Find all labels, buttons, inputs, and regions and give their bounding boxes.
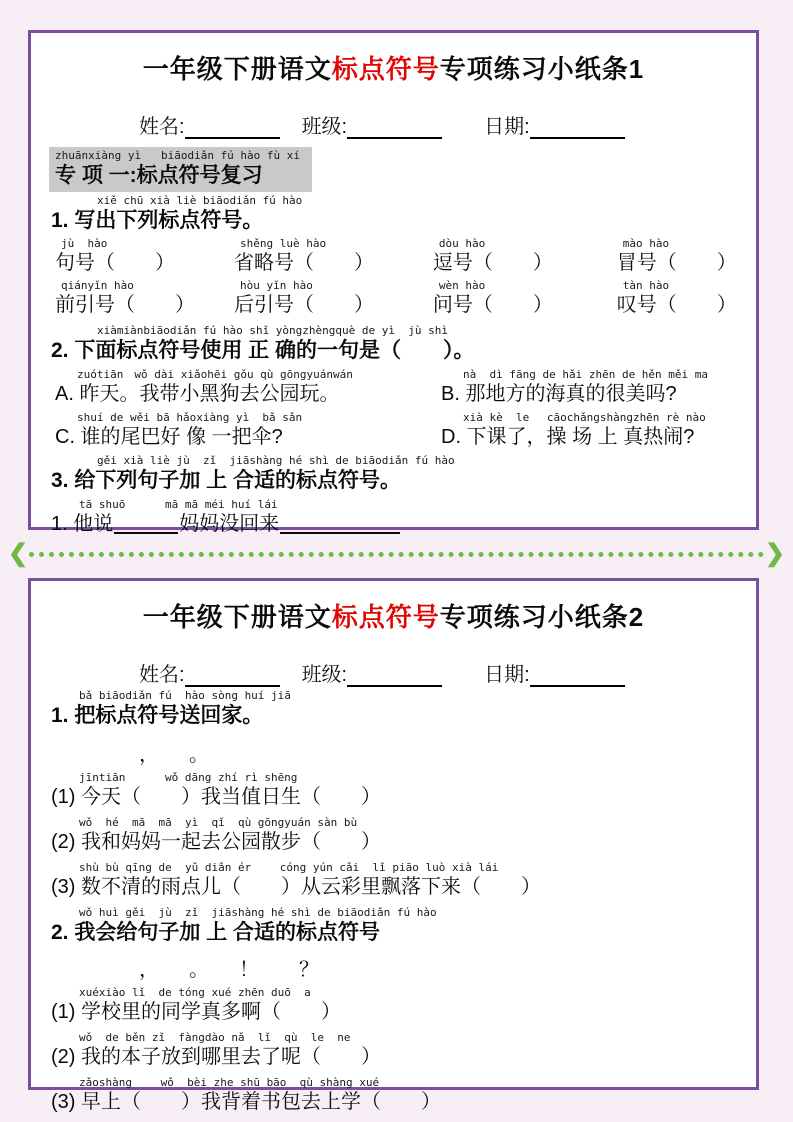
option-b: nà dì fāng de hǎi zhēn de hěn měi ma B. …: [441, 368, 756, 407]
sentence-text: (2) 我和妈妈一起去公园散步（ ）: [51, 829, 756, 855]
name-field: 姓名:: [139, 110, 280, 139]
sentence-pinyin: wǒ hé mā mā yì qǐ qù gōngyuán sàn bù: [79, 816, 756, 829]
date-label: 日期:: [484, 110, 530, 139]
sentence-text: (1) 学校里的同学真多啊（ ）: [51, 999, 756, 1025]
q1-pinyin: xiě chū xià liè biāodiǎn fú hào: [97, 194, 756, 207]
date-label: 日期:: [484, 658, 530, 687]
option-a-text: A. 昨天。我带小黑狗去公园玩。: [55, 381, 441, 407]
punct-item-text: 叹号（ ）: [617, 292, 756, 318]
c2q1-text: 1. 把标点符号送回家。: [51, 702, 756, 729]
c2q2-item-1: xuéxiào lǐ de tóng xué zhēn duō a (1) 学校…: [51, 986, 756, 1025]
date-blank-line: [530, 663, 625, 687]
sentence-text: (1) 今天（ ）我当值日生（ ）: [51, 784, 756, 810]
class-field: 班级:: [302, 110, 443, 139]
name-field: 姓名:: [139, 658, 280, 687]
c2q1-item-1: jīntiān wǒ dāng zhí rì shēng (1) 今天（ ）我当…: [51, 771, 756, 810]
date-field: 日期:: [484, 110, 625, 139]
name-label: 姓名:: [139, 110, 185, 139]
punct-item: jù hào 句号（ ）: [55, 237, 234, 276]
option-d-pinyin: xià kè le cāochǎngshàngzhēn rè nào: [463, 411, 756, 424]
card2-header-fields: 姓名: 班级: 日期:: [139, 658, 756, 687]
c2q2-text: 2. 我会给句子加 上 合适的标点符号: [51, 919, 756, 946]
class-blank-line: [347, 663, 442, 687]
option-b-text: B. 那地方的海真的很美吗?: [441, 381, 756, 407]
name-label: 姓名:: [139, 658, 185, 687]
punct-item: mào hào 冒号（ ）: [617, 237, 756, 276]
punct-item: wèn hào 问号（ ）: [433, 279, 617, 318]
q3-fill-blank-2: [280, 529, 400, 534]
c2q2-item-3: zǎoshàng wǒ bèi zhe shū bāo qù shàng xué…: [51, 1076, 756, 1115]
card1-question-3: gěi xià liè jù zǐ jiāshàng hé shì de biā…: [51, 454, 756, 494]
card1-title-post: 专项练习小纸条1: [440, 54, 644, 84]
dotted-cut-line: [29, 552, 764, 557]
punct-item-text: 后引号（ ）: [234, 292, 433, 318]
option-a: zuótiān wǒ dài xiǎohēi gǒu qù gōngyuánwá…: [55, 368, 441, 407]
option-b-pinyin: nà dì fāng de hǎi zhēn de hěn měi ma: [463, 368, 756, 381]
option-row-ab: zuótiān wǒ dài xiǎohēi gǒu qù gōngyuánwá…: [55, 368, 756, 407]
section-banner: zhuānxiàng yì biāodiǎn fú hào fù xí 专 项 …: [49, 147, 312, 192]
c2q2-symbol-bank: ， 。 ！ ？: [139, 958, 756, 982]
card1-question-2: xiàmiànbiāodiǎn fú hào shǐ yòngzhèngquè …: [51, 324, 756, 364]
card1-question-1: xiě chū xià liè biāodiǎn fú hào 1. 写出下列标…: [51, 194, 756, 234]
q3-pinyin: gěi xià liè jù zǐ jiāshàng hé shì de biā…: [97, 454, 756, 467]
punct-item: hòu yǐn hào 后引号（ ）: [234, 279, 433, 318]
card2-question-2: wǒ huì gěi jù zǐ jiāshàng hé shì de biāo…: [51, 906, 756, 946]
q2-pinyin: xiàmiànbiāodiǎn fú hào shǐ yòngzhèngquè …: [97, 324, 756, 337]
punct-item-pinyin: shěng luè hào: [240, 237, 433, 250]
sentence-pinyin: jīntiān wǒ dāng zhí rì shēng: [79, 771, 756, 784]
date-field: 日期:: [484, 658, 625, 687]
punct-item-text: 逗号（ ）: [433, 250, 617, 276]
card2-question-1: bǎ biāodiǎn fú hào sòng huí jiā 1. 把标点符号…: [51, 689, 756, 729]
punct-item-pinyin: qiányǐn hào: [61, 279, 234, 292]
class-field: 班级:: [302, 658, 443, 687]
class-label: 班级:: [302, 658, 348, 687]
punct-item-pinyin: tàn hào: [623, 279, 756, 292]
punct-item-pinyin: jù hào: [61, 237, 234, 250]
punct-item-text: 冒号（ ）: [617, 250, 756, 276]
sentence-text: (3) 数不清的雨点儿（ ）从云彩里飘落下来（ ）: [51, 874, 756, 900]
cut-line-divider: ❮ ❯: [8, 541, 785, 567]
card1-header-fields: 姓名: 班级: 日期:: [139, 110, 756, 139]
punct-item: dòu hào 逗号（ ）: [433, 237, 617, 276]
punct-item-text: 省略号（ ）: [234, 250, 433, 276]
sentence-pinyin: zǎoshàng wǒ bèi zhe shū bāo qù shàng xué: [79, 1076, 756, 1089]
worksheet-card-1: 一年级下册语文标点符号专项练习小纸条1 姓名: 班级: 日期: zhuānxià…: [28, 30, 759, 530]
card1-title-red-highlight: 标点符号: [332, 54, 440, 84]
option-row-cd: shuí de wěi bā hǎoxiàng yì bǎ sǎn C. 谁的尾…: [55, 411, 756, 450]
worksheet-page: 一年级下册语文标点符号专项练习小纸条1 姓名: 班级: 日期: zhuānxià…: [0, 0, 793, 1122]
q3-fill-pre: 1. 他说: [51, 511, 113, 537]
name-blank-line: [185, 663, 280, 687]
c2q2-item-2: wǒ de běn zǐ fàngdào nǎ lǐ qù le ne (2) …: [51, 1031, 756, 1070]
card2-title-pre: 一年级下册语文: [143, 602, 332, 632]
punct-item: shěng luè hào 省略号（ ）: [234, 237, 433, 276]
option-d: xià kè le cāochǎngshàngzhēn rè nào D. 下课…: [441, 411, 756, 450]
date-blank-line: [530, 115, 625, 139]
worksheet-card-2: 一年级下册语文标点符号专项练习小纸条2 姓名: 班级: 日期: bǎ biāod…: [28, 578, 759, 1090]
sentence-text: (3) 早上（ ）我背着书包去上学（ ）: [51, 1089, 756, 1115]
punct-item-pinyin: hòu yǐn hào: [240, 279, 433, 292]
sentence-pinyin: xuéxiào lǐ de tóng xué zhēn duō a: [79, 986, 756, 999]
card2-title-post: 专项练习小纸条2: [440, 602, 644, 632]
punct-item-pinyin: dòu hào: [439, 237, 617, 250]
card2-title: 一年级下册语文标点符号专项练习小纸条2: [31, 597, 756, 634]
sentence-text: (2) 我的本子放到哪里去了呢（ ）: [51, 1044, 756, 1070]
option-c: shuí de wěi bā hǎoxiàng yì bǎ sǎn C. 谁的尾…: [55, 411, 441, 450]
card1-title-pre: 一年级下册语文: [143, 54, 332, 84]
punct-item-text: 前引号（ ）: [55, 292, 234, 318]
q3-fill-item: tā shuō mā mā méi huí lái 1. 他说妈妈没回来: [51, 498, 756, 537]
right-arrow-icon: ❯: [765, 542, 785, 566]
punct-item: qiányǐn hào 前引号（ ）: [55, 279, 234, 318]
option-c-pinyin: shuí de wěi bā hǎoxiàng yì bǎ sǎn: [77, 411, 441, 424]
q1-text: 1. 写出下列标点符号。: [51, 207, 756, 234]
option-d-text: D. 下课了，操 场 上 真热闹?: [441, 424, 756, 450]
c2q1-pinyin: bǎ biāodiǎn fú hào sòng huí jiā: [79, 689, 756, 702]
punct-item-text: 问号（ ）: [433, 292, 617, 318]
name-blank-line: [185, 115, 280, 139]
c2q1-item-3: shù bù qīng de yǔ diǎn ér cóng yún cǎi l…: [51, 861, 756, 900]
q3-fill-sentence: 1. 他说妈妈没回来: [51, 511, 756, 537]
option-a-pinyin: zuótiān wǒ dài xiǎohēi gǒu qù gōngyuánwá…: [77, 368, 441, 381]
c2q1-symbol-bank: ， 。: [139, 743, 756, 767]
c2q2-pinyin: wǒ huì gěi jù zǐ jiāshàng hé shì de biāo…: [79, 906, 756, 919]
sentence-pinyin: shù bù qīng de yǔ diǎn ér cóng yún cǎi l…: [79, 861, 756, 874]
class-label: 班级:: [302, 110, 348, 139]
q3-text: 3. 给下列句子加 上 合适的标点符号。: [51, 467, 756, 494]
punct-grid-row-1: jù hào 句号（ ） shěng luè hào 省略号（ ） dòu hà…: [55, 237, 756, 276]
q3-fill-pinyin: tā shuō mā mā méi huí lái: [79, 498, 756, 511]
punct-item-pinyin: mào hào: [623, 237, 756, 250]
punct-item-text: 句号（ ）: [55, 250, 234, 276]
punct-item: tàn hào 叹号（ ）: [617, 279, 756, 318]
sentence-pinyin: wǒ de běn zǐ fàngdào nǎ lǐ qù le ne: [79, 1031, 756, 1044]
q3-fill-blank-1: [114, 529, 178, 534]
option-c-text: C. 谁的尾巴好 像 一把伞?: [55, 424, 441, 450]
left-arrow-icon: ❮: [8, 542, 28, 566]
punct-item-pinyin: wèn hào: [439, 279, 617, 292]
c2q1-item-2: wǒ hé mā mā yì qǐ qù gōngyuán sàn bù (2)…: [51, 816, 756, 855]
class-blank-line: [347, 115, 442, 139]
card2-title-red-highlight: 标点符号: [332, 602, 440, 632]
q3-fill-mid: 妈妈没回来: [179, 511, 279, 537]
punct-grid-row-2: qiányǐn hào 前引号（ ） hòu yǐn hào 后引号（ ） wè…: [55, 279, 756, 318]
section-banner-text: 专 项 一:标点符号复习: [55, 162, 300, 189]
card1-title: 一年级下册语文标点符号专项练习小纸条1: [31, 49, 756, 86]
section-banner-pinyin: zhuānxiàng yì biāodiǎn fú hào fù xí: [55, 149, 300, 162]
q2-text: 2. 下面标点符号使用 正 确的一句是（ ）。: [51, 337, 756, 364]
